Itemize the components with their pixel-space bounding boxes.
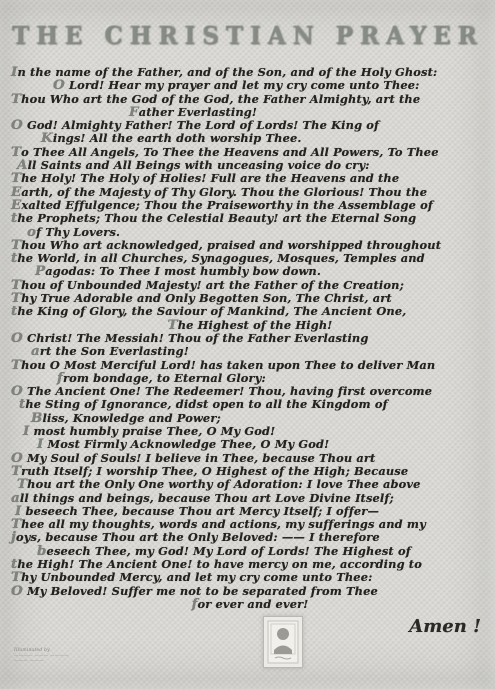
prayer-line: Earth, of the Majesty of Thy Glory. Thou… xyxy=(11,186,489,199)
manuscript-page: THE CHRISTIAN PRAYER In the name of the … xyxy=(0,0,495,689)
prayer-line: The Holy! The Holy of Holies! Full are t… xyxy=(11,172,489,185)
prayer-line: O My Soul of Souls! I believe in Thee, b… xyxy=(11,452,489,465)
illegible-credit-caption: Illuminated by ———— ——— ———— ——— ——— xyxy=(14,648,69,665)
caption-line-3: ——— ——— xyxy=(14,659,69,665)
prayer-line: the King of Glory, the Saviour of Mankin… xyxy=(11,305,489,318)
prayer-line: Thou Who art the God of the God, the Fat… xyxy=(11,93,489,106)
prayer-line: Thy Unbounded Mercy, and let my cry come… xyxy=(11,571,489,584)
prayer-line: Kings! All the earth doth worship Thee. xyxy=(11,132,489,145)
manuscript-title: THE CHRISTIAN PRAYER xyxy=(0,21,495,49)
prayer-line: art the Son Everlasting! xyxy=(11,345,489,358)
prayer-line: the Prophets; Thou the Celestial Beauty!… xyxy=(11,212,489,225)
portrait-stamp xyxy=(263,616,303,668)
prayer-line: O Lord! Hear my prayer and let my cry co… xyxy=(11,79,489,92)
portrait-icon xyxy=(267,620,299,664)
prayer-line: for ever and ever! xyxy=(11,598,489,611)
prayer-line: O My Beloved! Suffer me not to be separa… xyxy=(11,585,489,598)
amen-text: Amen ! xyxy=(409,616,481,637)
prayer-line: beseech Thee, my God! My Lord of Lords! … xyxy=(11,545,489,558)
prayer-line: the Sting of Ignorance, didst open to al… xyxy=(11,398,489,411)
prayer-body: In the name of the Father, and of the So… xyxy=(11,66,489,611)
prayer-line: joys, because Thou art the Only Beloved:… xyxy=(11,531,489,544)
prayer-line: Pagodas: To Thee I most humbly bow down. xyxy=(11,265,489,278)
prayer-line: all things and beings, because Thou art … xyxy=(11,492,489,505)
prayer-line: of Thy Lovers. xyxy=(11,226,489,239)
prayer-line: Thou art the Only One worthy of Adoratio… xyxy=(11,478,489,491)
prayer-line: Thou O Most Merciful Lord! has taken upo… xyxy=(11,359,489,372)
prayer-line: I Most Firmly Acknowledge Thee, O My God… xyxy=(11,438,489,451)
prayer-line: The Highest of the High! xyxy=(11,319,489,332)
